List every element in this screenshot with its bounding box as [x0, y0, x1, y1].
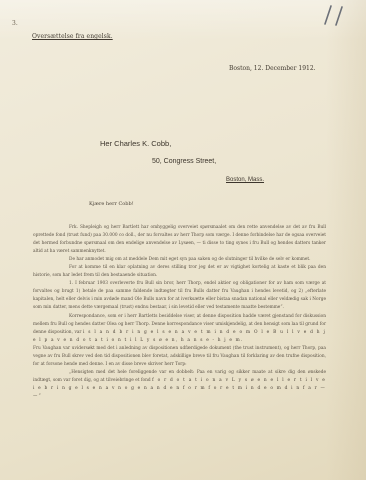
paragraph: For at komme til en klar oplatning av de…	[33, 264, 326, 280]
salutation: Kjære herr Cobb!	[89, 201, 134, 207]
handwritten-mark-icon	[322, 4, 352, 26]
letter-body: Frk. Shepleigh og herr Bartlett har omhy…	[33, 224, 326, 401]
page-marker: 3.	[12, 20, 18, 27]
paragraph: Korrespondance, som er i herr Bartletts …	[33, 313, 326, 345]
paragraph: De har anmodet mig om at meddele Dem mit…	[33, 256, 326, 264]
letter-page: 3. Oversættelse fra engelsk. Boston, 12.…	[0, 0, 366, 480]
paper-shadow	[326, 0, 366, 480]
recipient-city: Boston, Mass.	[226, 177, 264, 183]
recipient-name: Her Charles K. Cobb,	[100, 139, 171, 148]
date-line: Boston, 12. December 1912.	[229, 65, 316, 72]
paragraph: Frk. Shepleigh og herr Bartlett har omhy…	[33, 224, 326, 256]
recipient-street: 50, Congress Street,	[152, 158, 216, 165]
paragraph: Fru Vaughan var uvidersøkt med det i anl…	[33, 345, 326, 369]
paragraph: 1. I februar 1903 overleverte fru Bull s…	[33, 280, 326, 312]
translation-header: Oversættelse fra engelsk.	[32, 33, 113, 40]
paragraph: „Hensigten med det hele foreliggende var…	[33, 369, 326, 401]
